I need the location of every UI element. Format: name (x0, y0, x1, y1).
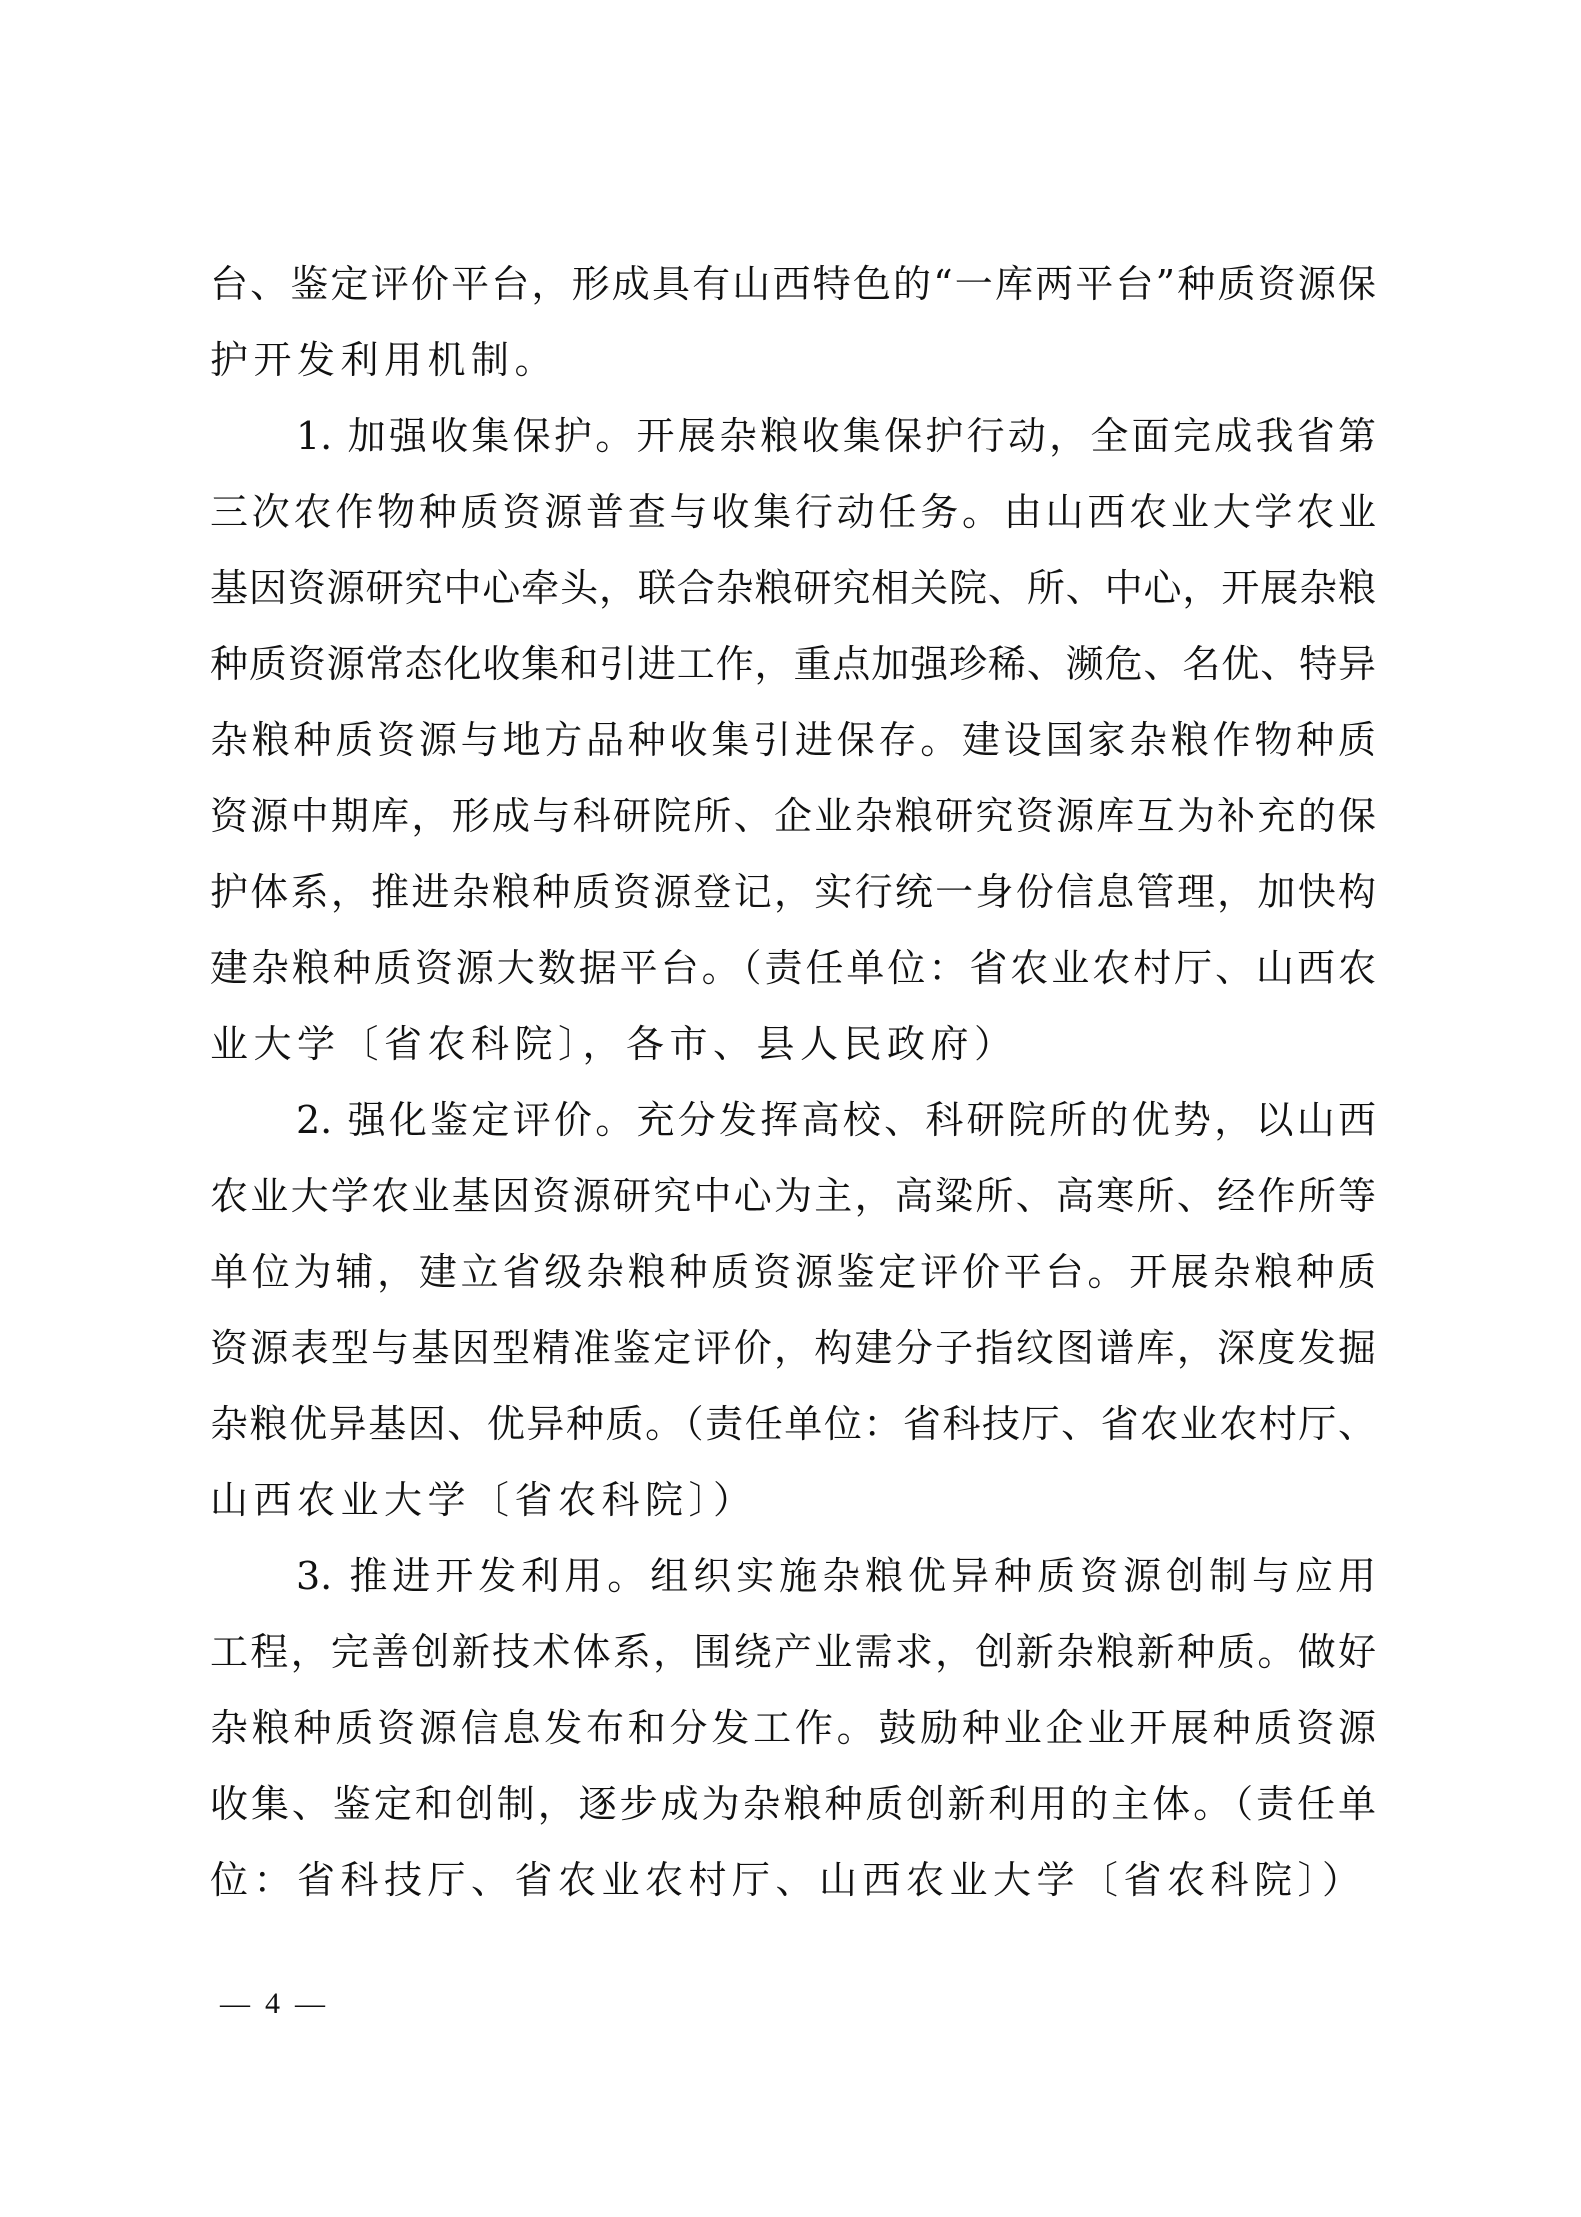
text-line: 台、鉴定评价平台，形成具有山西特色的“一库两平台”种质资源保 (210, 246, 1376, 322)
paragraph-item-3-development-utilization: 3. 推进开发利用。组织实施杂粮优异种质资源创制与应用 工程，完善创新技术体系，… (210, 1538, 1376, 1918)
text-line: 杂粮种质资源与地方品种收集引进保存。建设国家杂粮作物种质 (210, 702, 1376, 778)
text-line: 杂粮优异基因、优异种质。（责任单位：省科技厅、省农业农村厅、 (210, 1386, 1376, 1462)
text-line: 资源中期库，形成与科研院所、企业杂粮研究资源库互为补充的保 (210, 778, 1376, 854)
text-line: 山西农业大学〔省农科院〕） (210, 1462, 1376, 1538)
text-line: 护开发利用机制。 (210, 322, 1376, 398)
text-line-heading: 2. 强化鉴定评价。充分发挥高校、科研院所的优势，以山西 (210, 1082, 1376, 1158)
text-line-heading: 3. 推进开发利用。组织实施杂粮优异种质资源创制与应用 (210, 1538, 1376, 1614)
text-line: 位：省科技厅、省农业农村厅、山西农业大学〔省农科院〕） (210, 1842, 1376, 1918)
page-number-footer: — 4 — (220, 1984, 325, 2024)
text-line-heading: 1. 加强收集保护。开展杂粮收集保护行动，全面完成我省第 (210, 398, 1376, 474)
paragraph-intro-tail: 台、鉴定评价平台，形成具有山西特色的“一库两平台”种质资源保 护开发利用机制。 (210, 246, 1376, 398)
text-line: 业大学〔省农科院〕，各市、县人民政府） (210, 1006, 1376, 1082)
text-line: 农业大学农业基因资源研究中心为主，高粱所、高寒所、经作所等 (210, 1158, 1376, 1234)
text-line: 工程，完善创新技术体系，围绕产业需求，创新杂粮新种质。做好 (210, 1614, 1376, 1690)
text-line: 杂粮种质资源信息发布和分发工作。鼓励种业企业开展种质资源 (210, 1690, 1376, 1766)
text-line: 单位为辅，建立省级杂粮种质资源鉴定评价平台。开展杂粮种质 (210, 1234, 1376, 1310)
text-line: 种质资源常态化收集和引进工作，重点加强珍稀、濒危、名优、特异 (210, 626, 1376, 702)
text-line: 建杂粮种质资源大数据平台。（责任单位：省农业农村厅、山西农 (210, 930, 1376, 1006)
paragraph-item-2-identification-evaluation: 2. 强化鉴定评价。充分发挥高校、科研院所的优势，以山西 农业大学农业基因资源研… (210, 1082, 1376, 1538)
text-line: 三次农作物种质资源普查与收集行动任务。由山西农业大学农业 (210, 474, 1376, 550)
text-line: 资源表型与基因型精准鉴定评价，构建分子指纹图谱库，深度发掘 (210, 1310, 1376, 1386)
document-body: 台、鉴定评价平台，形成具有山西特色的“一库两平台”种质资源保 护开发利用机制。 … (210, 246, 1376, 1918)
text-line: 基因资源研究中心牵头，联合杂粮研究相关院、所、中心，开展杂粮 (210, 550, 1376, 626)
text-line: 护体系，推进杂粮种质资源登记，实行统一身份信息管理，加快构 (210, 854, 1376, 930)
document-page: 台、鉴定评价平台，形成具有山西特色的“一库两平台”种质资源保 护开发利用机制。 … (0, 0, 1581, 2217)
paragraph-item-1-collection-protection: 1. 加强收集保护。开展杂粮收集保护行动，全面完成我省第 三次农作物种质资源普查… (210, 398, 1376, 1082)
text-line: 收集、鉴定和创制，逐步成为杂粮种质创新利用的主体。（责任单 (210, 1766, 1376, 1842)
